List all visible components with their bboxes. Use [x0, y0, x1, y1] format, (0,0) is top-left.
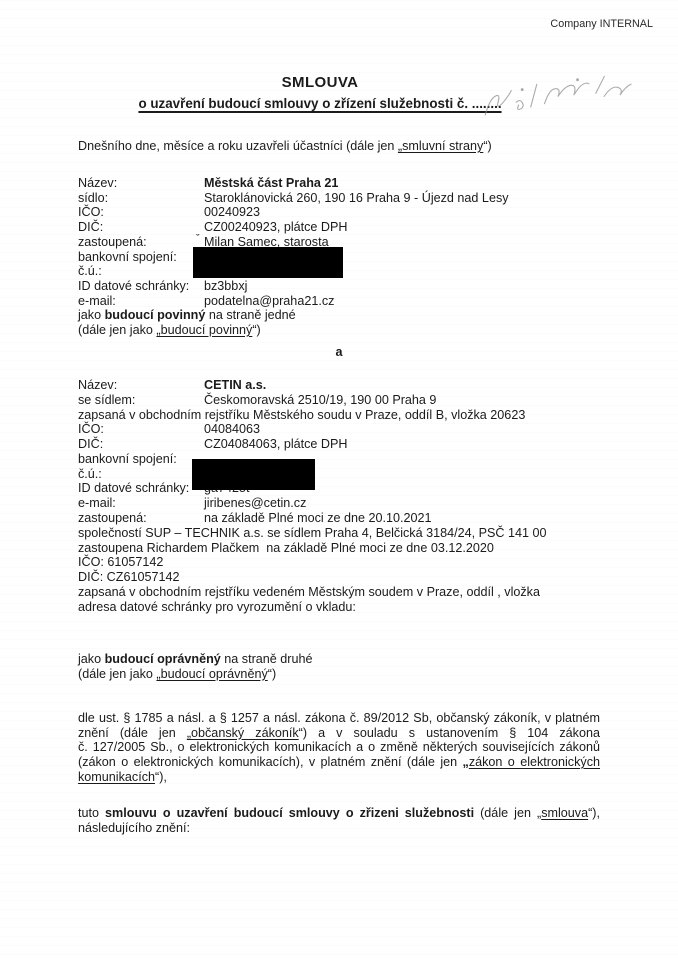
- opravneny-designation-lines: jako budoucí oprávněný na straně druhé (…: [78, 652, 602, 681]
- text-line: komunikacích“),: [78, 770, 600, 785]
- text-line: znění (dále jen „občanský zákoník“) a v …: [78, 726, 600, 741]
- intro-line: Dnešního dne, měsíce a roku uzavřeli úča…: [78, 139, 618, 154]
- field-value: CZ04084063, plátce DPH: [204, 437, 348, 451]
- field-label: se sídlem:: [78, 393, 204, 408]
- text-line: (zákon o elektronických komunikacích), v…: [78, 755, 600, 770]
- text-line: DIČ: CZ61057142: [78, 570, 602, 585]
- text-line: (dále jen jako „budoucí povinný“): [78, 323, 602, 338]
- field-label: Název:: [78, 176, 204, 191]
- text-line: dle ust. § 1785 a násl. a § 1257 a násl.…: [78, 711, 600, 726]
- redaction-caron-artifact: ˇ: [196, 234, 200, 245]
- field-value: bz3bbxj: [204, 279, 247, 293]
- parties-separator: a: [78, 345, 600, 359]
- field-label: sídlo:: [78, 191, 204, 206]
- field-row: bankovní spojení:: [78, 452, 602, 467]
- text-line: tuto smlouvu o uzavření budoucí smlouvy …: [78, 806, 600, 821]
- field-row: IČO:00240923: [78, 205, 602, 220]
- text-line: jako budoucí povinný na straně jedné: [78, 308, 602, 323]
- field-row: č.ú.:: [78, 467, 602, 482]
- text-line: jako budoucí oprávněný na straně druhé: [78, 652, 602, 667]
- text-line: společností SUP – TECHNIK a.s. se sídlem…: [78, 526, 602, 541]
- text-line: zapsaná v obchodním rejstříku Městského …: [78, 408, 602, 423]
- contract-title: SMLOUVA: [40, 74, 600, 91]
- field-row: Název:CETIN a.s.: [78, 378, 602, 393]
- field-label: IČO:: [78, 205, 204, 220]
- field-row: e-mail:jiribenes@cetin.cz: [78, 496, 602, 511]
- contract-subtitle: o uzavření budoucí smlouvy o zřízení slu…: [40, 96, 600, 111]
- legal-preamble-paragraph: dle ust. § 1785 a násl. a § 1257 a násl.…: [78, 711, 600, 785]
- text-line: č. 127/2005 Sb., o elektronických komuni…: [78, 740, 600, 755]
- field-row: Název:Městská část Praha 21: [78, 176, 602, 191]
- field-label: IČO:: [78, 422, 204, 437]
- field-value: Českomoravská 2510/19, 190 00 Praha 9: [204, 393, 436, 407]
- party-block-opravneny: Název:CETIN a.s.se sídlem:Českomoravská …: [78, 378, 602, 615]
- field-label: bankovní spojení:: [78, 250, 204, 265]
- field-row: zastoupená:na základě Plné moci ze dne 2…: [78, 511, 602, 526]
- field-label: ID datové schránky:: [78, 279, 204, 294]
- classification-label: Company INTERNAL: [550, 18, 653, 30]
- field-row: sídlo:Staroklánovická 260, 190 16 Praha …: [78, 191, 602, 206]
- field-row: DIČ:CZ04084063, plátce DPH: [78, 437, 602, 452]
- field-label: e-mail:: [78, 496, 204, 511]
- field-row: IČO:04084063: [78, 422, 602, 437]
- text-line: IČO: 61057142: [78, 555, 602, 570]
- field-value: CZ00240923, plátce DPH: [204, 220, 348, 234]
- field-value: 00240923: [204, 205, 260, 219]
- field-label: e-mail:: [78, 294, 204, 309]
- scanned-contract-page: Company INTERNAL SMLOUVA o uzavření budo…: [0, 0, 678, 960]
- field-label: zastoupená:: [78, 235, 204, 250]
- text-line: zapsaná v obchodním rejstříku vedeném Mě…: [78, 585, 602, 600]
- redaction-box-bank-povinny: [193, 247, 343, 278]
- field-label: Název:: [78, 378, 204, 393]
- field-value: CETIN a.s.: [204, 378, 266, 392]
- field-value: jiribenes@cetin.cz: [204, 496, 306, 510]
- field-value: Staroklánovická 260, 190 16 Praha 9 - Új…: [204, 191, 509, 205]
- field-row: ID datové schránky:ga7425t: [78, 481, 602, 496]
- redaction-box-bank-opravneny: [192, 459, 315, 490]
- field-row: DIČ:CZ00240923, plátce DPH: [78, 220, 602, 235]
- closing-clause-paragraph: tuto smlouvu o uzavření budoucí smlouvy …: [78, 806, 600, 835]
- field-row: e-mail:podatelna@praha21.cz: [78, 294, 602, 309]
- field-label: DIČ:: [78, 437, 204, 452]
- text-line: zastoupena Richardem Plačkem na základě …: [78, 541, 602, 556]
- text-line: adresa datové schránky pro vyrozumění o …: [78, 600, 602, 615]
- field-value: podatelna@praha21.cz: [204, 294, 334, 308]
- field-label: bankovní spojení:: [78, 452, 204, 467]
- field-label: č.ú.:: [78, 264, 204, 279]
- field-row: ID datové schránky:bz3bbxj: [78, 279, 602, 294]
- field-label: č.ú.:: [78, 467, 204, 482]
- field-label: DIČ:: [78, 220, 204, 235]
- text-line: (dále jen jako „budoucí oprávněný“): [78, 667, 602, 682]
- field-label: zastoupená:: [78, 511, 204, 526]
- field-value: 04084063: [204, 422, 260, 436]
- document-title-block: SMLOUVA o uzavření budoucí smlouvy o zří…: [40, 74, 600, 111]
- field-label: ID datové schránky:: [78, 481, 204, 496]
- text-line: následujícího znění:: [78, 821, 600, 836]
- field-value: na základě Plné moci ze dne 20.10.2021: [204, 511, 432, 525]
- field-value: Městská část Praha 21: [204, 176, 338, 190]
- field-row: se sídlem:Českomoravská 2510/19, 190 00 …: [78, 393, 602, 408]
